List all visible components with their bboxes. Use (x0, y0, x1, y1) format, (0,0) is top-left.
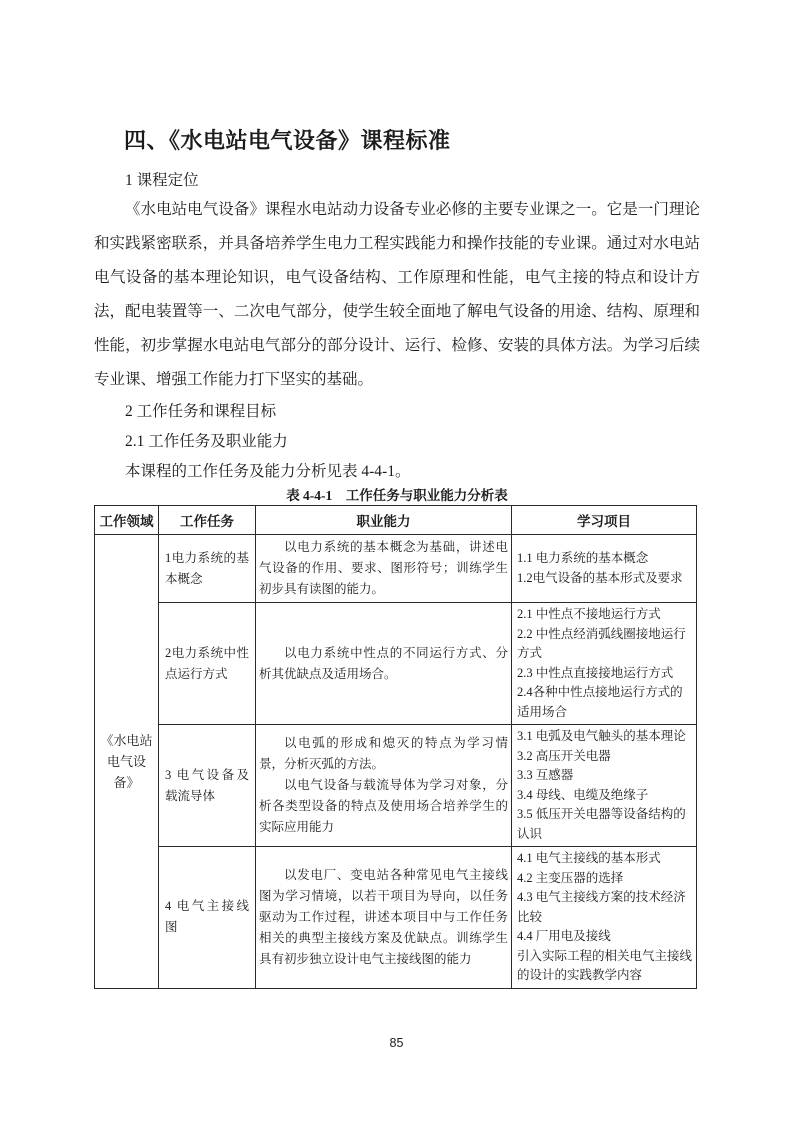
section-1-heading: 1 课程定位 (94, 169, 700, 193)
table-row: 2电力系统中性点运行方式 以电力系统中性点的不同运行方式、分析其优缺点及适用场合… (95, 603, 697, 725)
table-row: 3 电气设备及载流导体 以电弧的形成和熄灭的特点为学习情景，分析灭弧的方法。以电… (95, 725, 697, 847)
document-title: 四、《水电站电气设备》课程标准 (124, 126, 700, 156)
section-2-1-heading: 2.1 工作任务及职业能力 (94, 427, 700, 457)
task-cell: 2电力系统中性点运行方式 (159, 603, 256, 725)
learning-items-cell: 4.1 电气主接线的基本形式4.2 主变压器的选择4.3 电气主接线方案的技术经… (512, 847, 697, 989)
table-row: 《水电站电气设备》 1电力系统的基本概念 以电力系统的基本概念为基础，讲述电气设… (95, 535, 697, 603)
task-cell: 4 电气主接线图 (159, 847, 256, 989)
ability-cell: 以发电厂、变电站各种常见电气主接线图为学习情境，以若干项目为导向，以任务驱动为工… (256, 847, 512, 989)
header-learning-project: 学习项目 (512, 506, 697, 535)
header-professional-ability: 职业能力 (256, 506, 512, 535)
table-caption: 表 4-4-1 工作任务与职业能力分析表 (94, 487, 700, 505)
page-content: 四、《水电站电气设备》课程标准 1 课程定位 《水电站电气设备》课程水电站动力设… (94, 126, 700, 989)
table-header-row: 工作领域 工作任务 职业能力 学习项目 (95, 506, 697, 535)
table-row: 4 电气主接线图 以发电厂、变电站各种常见电气主接线图为学习情境，以若干项目为导… (95, 847, 697, 989)
learning-items-cell: 2.1 中性点不接地运行方式2.2 中性点经消弧线圈接地运行方式2.3 中性点直… (512, 603, 697, 725)
header-work-domain: 工作领域 (95, 506, 159, 535)
page-number: 85 (0, 1036, 793, 1050)
task-cell: 3 电气设备及载流导体 (159, 725, 256, 847)
work-domain-cell: 《水电站电气设备》 (95, 535, 159, 989)
ability-cell: 以电力系统的基本概念为基础，讲述电气设备的作用、要求、图形符号；训练学生初步具有… (256, 535, 512, 603)
course-intro-paragraph: 《水电站电气设备》课程水电站动力设备专业必修的主要专业课之一。它是一门理论和实践… (94, 193, 700, 397)
table-intro-paragraph: 本课程的工作任务及能力分析见表 4-4-1。 (94, 457, 700, 487)
ability-cell: 以电力系统中性点的不同运行方式、分析其优缺点及适用场合。 (256, 603, 512, 725)
header-work-task: 工作任务 (159, 506, 256, 535)
ability-cell: 以电弧的形成和熄灭的特点为学习情景，分析灭弧的方法。以电气设备与载流导体为学习对… (256, 725, 512, 847)
task-cell: 1电力系统的基本概念 (159, 535, 256, 603)
learning-items-cell: 3.1 电弧及电气触头的基本理论3.2 高压开关电器3.3 互感器3.4 母线、… (512, 725, 697, 847)
task-ability-analysis-table: 工作领域 工作任务 职业能力 学习项目 《水电站电气设备》 1电力系统的基本概念… (94, 505, 697, 989)
section-2-heading: 2 工作任务和课程目标 (94, 397, 700, 427)
document-page: 四、《水电站电气设备》课程标准 1 课程定位 《水电站电气设备》课程水电站动力设… (0, 0, 793, 1122)
learning-items-cell: 1.1 电力系统的基本概念1.2电气设备的基本形式及要求 (512, 535, 697, 603)
